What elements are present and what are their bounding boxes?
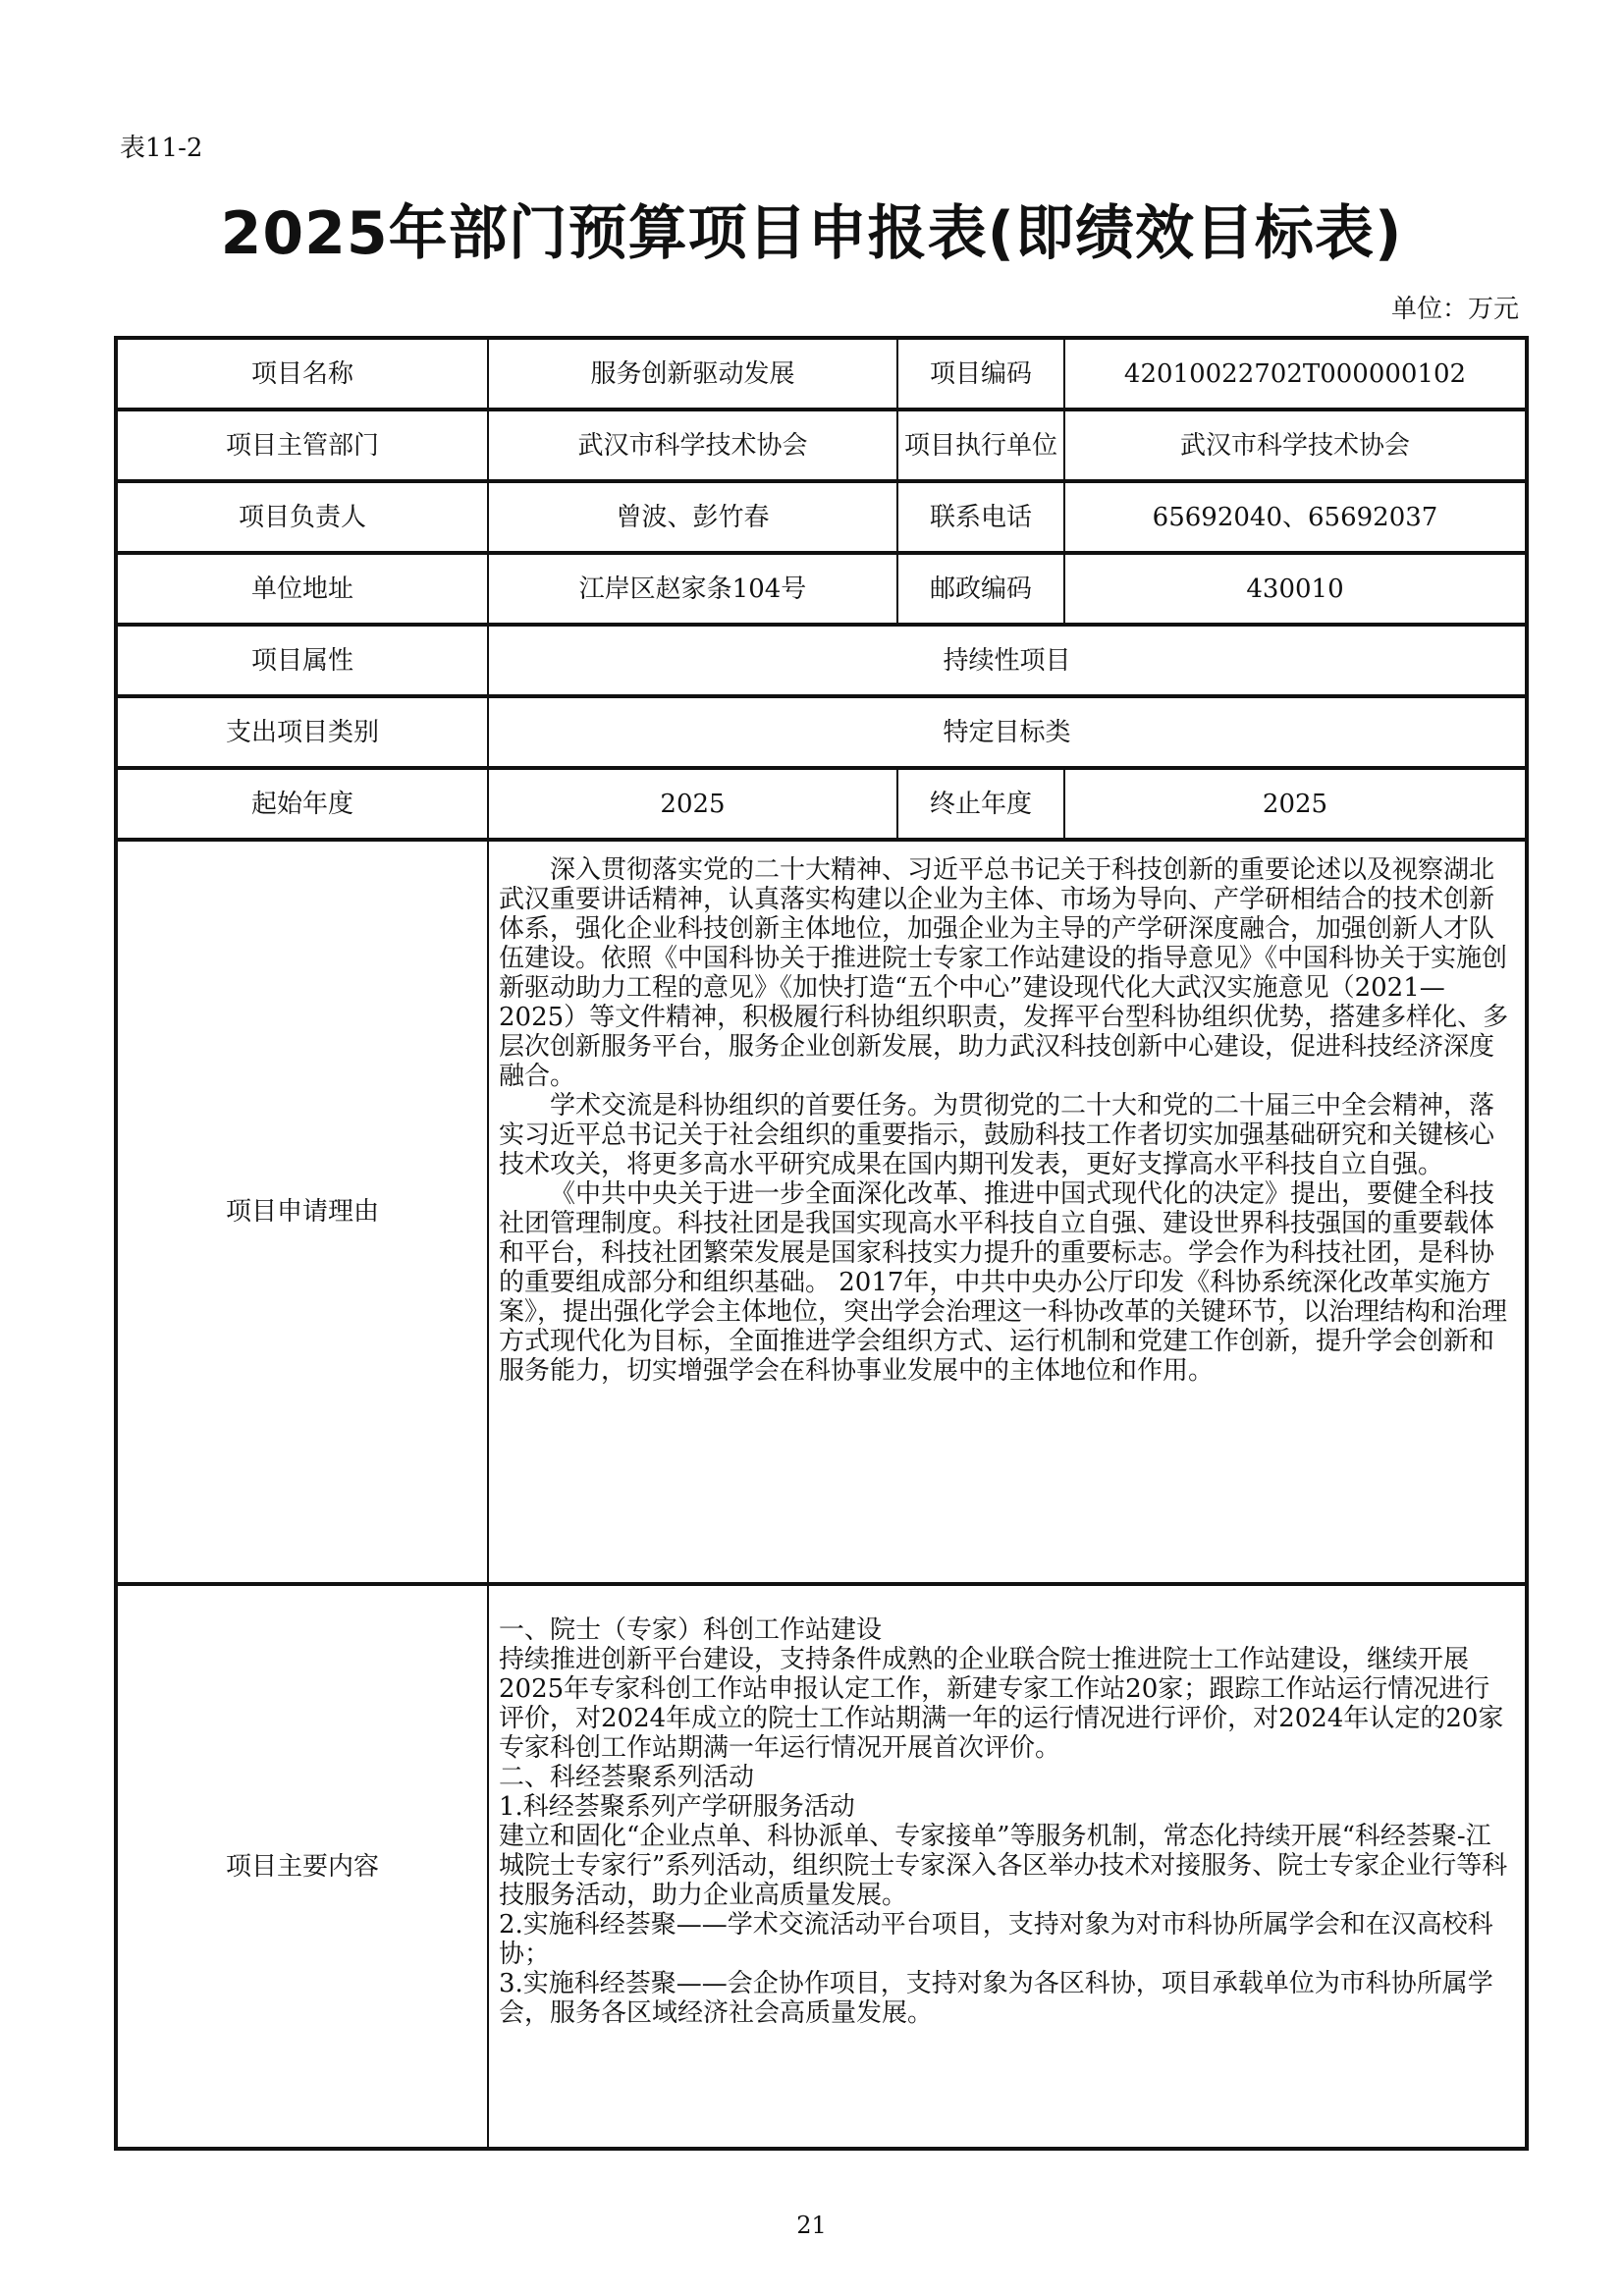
value-department: 武汉市科学技术协会 bbox=[488, 410, 897, 481]
label-leader: 项目负责人 bbox=[116, 481, 488, 553]
value-leader: 曾波、彭竹春 bbox=[488, 481, 897, 553]
label-executing-unit: 项目执行单位 bbox=[897, 410, 1064, 481]
content-line: 2.实施科经荟聚——学术交流活动平台项目，支持对象为对市科协所属学会和在汉高校科… bbox=[499, 1910, 1515, 1969]
value-category: 特定目标类 bbox=[488, 696, 1527, 768]
label-postcode: 邮政编码 bbox=[897, 553, 1064, 625]
value-address: 江岸区赵家条104号 bbox=[488, 553, 897, 625]
content-line: 建立和固化“企业点单、科协派单、专家接单”等服务机制，常态化持续开展“科经荟聚-… bbox=[499, 1822, 1515, 1910]
value-end-year: 2025 bbox=[1064, 768, 1527, 840]
content-line: 持续推进创新平台建设，支持条件成熟的企业联合院士推进院士工作站建设，继续开展20… bbox=[499, 1645, 1515, 1763]
content-line: 二、科经荟聚系列活动 bbox=[499, 1763, 1515, 1792]
row-department: 项目主管部门 武汉市科学技术协会 项目执行单位 武汉市科学技术协会 bbox=[116, 410, 1527, 481]
label-attribute: 项目属性 bbox=[116, 625, 488, 696]
value-attribute: 持续性项目 bbox=[488, 625, 1527, 696]
row-years: 起始年度 2025 终止年度 2025 bbox=[116, 768, 1527, 840]
value-project-name: 服务创新驱动发展 bbox=[488, 338, 897, 410]
reason-paragraph: 学术交流是科协组织的首要任务。为贯彻党的二十大和党的二十届三中全会精神，落实习近… bbox=[499, 1091, 1515, 1179]
label-phone: 联系电话 bbox=[897, 481, 1064, 553]
value-start-year: 2025 bbox=[488, 768, 897, 840]
reason-paragraph: 深入贯彻落实党的二十大精神、习近平总书记关于科技创新的重要论述以及视察湖北武汉重… bbox=[499, 855, 1515, 1091]
row-attribute: 项目属性 持续性项目 bbox=[116, 625, 1527, 696]
label-reason: 项目申请理由 bbox=[116, 840, 488, 1584]
content-line: 一、院士（专家）科创工作站建设 bbox=[499, 1615, 1515, 1645]
page-number: 21 bbox=[0, 2212, 1623, 2239]
project-application-table: 项目名称 服务创新驱动发展 项目编码 42010022702T000000102… bbox=[114, 336, 1529, 2151]
label-department: 项目主管部门 bbox=[116, 410, 488, 481]
label-start-year: 起始年度 bbox=[116, 768, 488, 840]
value-reason: 深入贯彻落实党的二十大精神、习近平总书记关于科技创新的重要论述以及视察湖北武汉重… bbox=[488, 840, 1527, 1584]
row-reason: 项目申请理由 深入贯彻落实党的二十大精神、习近平总书记关于科技创新的重要论述以及… bbox=[116, 840, 1527, 1584]
value-executing-unit: 武汉市科学技术协会 bbox=[1064, 410, 1527, 481]
value-project-code: 42010022702T000000102 bbox=[1064, 338, 1527, 410]
content-line: 3.实施科经荟聚——会企协作项目，支持对象为各区科协，项目承载单位为市科协所属学… bbox=[499, 1969, 1515, 2028]
row-project-name: 项目名称 服务创新驱动发展 项目编码 42010022702T000000102 bbox=[116, 338, 1527, 410]
label-address: 单位地址 bbox=[116, 553, 488, 625]
label-category: 支出项目类别 bbox=[116, 696, 488, 768]
page-title: 2025年部门预算项目申报表(即绩效目标表) bbox=[0, 187, 1623, 271]
reason-paragraph: 《中共中央关于进一步全面深化改革、推进中国式现代化的决定》提出，要健全科技社团管… bbox=[499, 1179, 1515, 1386]
row-address: 单位地址 江岸区赵家条104号 邮政编码 430010 bbox=[116, 553, 1527, 625]
label-project-code: 项目编码 bbox=[897, 338, 1064, 410]
row-content: 项目主要内容 一、院士（专家）科创工作站建设 持续推进创新平台建设，支持条件成熟… bbox=[116, 1584, 1527, 2149]
unit-label: 单位：万元 bbox=[1391, 289, 1519, 325]
value-phone: 65692040、65692037 bbox=[1064, 481, 1527, 553]
content-line: 1.科经荟聚系列产学研服务活动 bbox=[499, 1792, 1515, 1822]
value-content: 一、院士（专家）科创工作站建设 持续推进创新平台建设，支持条件成熟的企业联合院士… bbox=[488, 1584, 1527, 2149]
row-leader: 项目负责人 曾波、彭竹春 联系电话 65692040、65692037 bbox=[116, 481, 1527, 553]
label-content: 项目主要内容 bbox=[116, 1584, 488, 2149]
table-number: 表11-2 bbox=[120, 128, 202, 164]
label-project-name: 项目名称 bbox=[116, 338, 488, 410]
row-category: 支出项目类别 特定目标类 bbox=[116, 696, 1527, 768]
label-end-year: 终止年度 bbox=[897, 768, 1064, 840]
value-postcode: 430010 bbox=[1064, 553, 1527, 625]
